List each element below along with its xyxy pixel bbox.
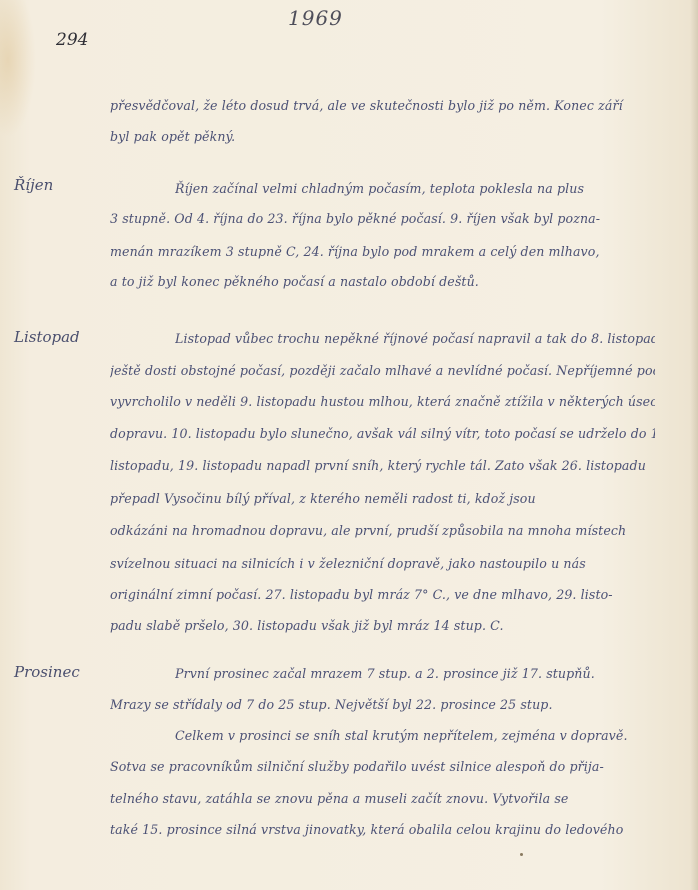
margin-label-prosinec: Prosinec [14, 663, 80, 681]
text-line: a to již byl konec pěkného počasí a nast… [110, 273, 655, 291]
chronicle-page: 1969 294 přesvědčoval, že léto dosud trv… [0, 0, 698, 890]
text-line: také 15. prosince silná vrstva jinovatky… [110, 821, 655, 839]
text-line: ještě dosti obstojné počasí, později zač… [110, 362, 655, 380]
text-line: Říjen začínal velmi chladným počasím, te… [175, 180, 655, 198]
text-line: originální zimní počasí. 27. listopadu b… [110, 586, 655, 604]
text-line: odkázáni na hromadnou dopravu, ale první… [110, 522, 655, 540]
text-line: padu slabě pršelo, 30. listopadu však ji… [110, 617, 655, 635]
text-line: 3 stupně. Od 4. října do 23. října bylo … [110, 210, 655, 228]
text-line: vyvrcholilo v neděli 9. listopadu hustou… [110, 393, 655, 411]
text-line: menán mrazíkem 3 stupně C, 24. října byl… [110, 243, 655, 261]
text-line: přepadl Vysočinu bílý příval, z kterého … [110, 490, 655, 508]
text-line: Celkem v prosinci se sníh stal krutým ne… [175, 727, 655, 745]
text-line: První prosinec začal mrazem 7 stup. a 2.… [175, 665, 655, 683]
text-line: Listopad vůbec trochu nepěkné říjnové po… [175, 330, 655, 348]
page-year: 1969 [288, 6, 343, 30]
text-line: telného stavu, zatáhla se znovu pěna a m… [110, 790, 655, 808]
text-line: svízelnou situaci na silnicích i v želez… [110, 555, 655, 573]
page-number: 294 [56, 30, 88, 50]
text-line: Sotva se pracovníkům silniční služby pod… [110, 758, 655, 776]
margin-label-rijen: Říjen [14, 176, 53, 194]
text-line: Mrazy se střídaly od 7 do 25 stup. Nejvě… [110, 696, 655, 714]
text-line: přesvědčoval, že léto dosud trvá, ale ve… [110, 97, 655, 115]
text-line: dopravu. 10. listopadu bylo slunečno, av… [110, 425, 655, 443]
paper-speck [520, 853, 523, 856]
margin-label-listopad: Listopad [14, 328, 80, 346]
text-line: listopadu, 19. listopadu napadl první sn… [110, 457, 655, 475]
text-line: byl pak opět pěkný. [110, 128, 655, 146]
